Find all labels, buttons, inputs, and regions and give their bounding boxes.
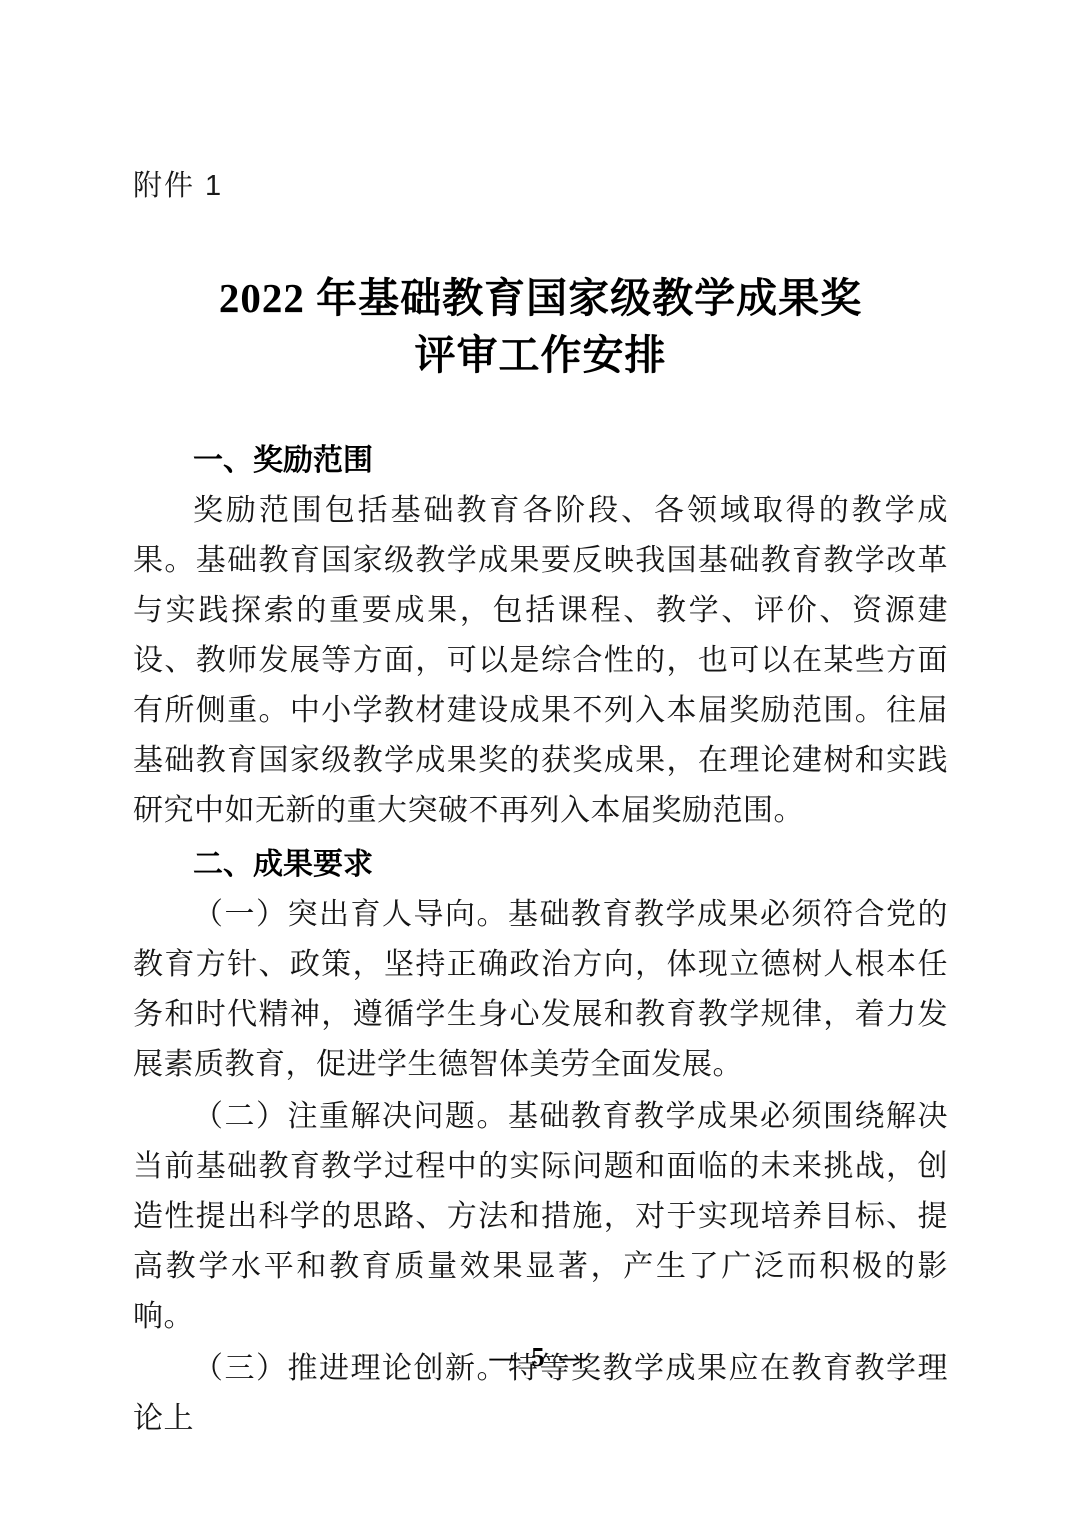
attachment-label: 附件 1 — [133, 168, 948, 204]
document-title-line2: 评审工作安排 — [133, 327, 948, 384]
section-heading-achievement-requirements: 二、成果要求 — [133, 840, 948, 890]
document-content: 附件 1 2022 年基础教育国家级教学成果奖 评审工作安排 一、奖励范围 奖励… — [0, 0, 1080, 1444]
paragraph-award-scope: 奖励范围包括基础教育各阶段、各领域取得的教学成果。基础教育国家级教学成果要反映我… — [133, 486, 948, 836]
paragraph-requirement-1: （一）突出育人导向。基础教育教学成果必须符合党的教育方针、政策，坚持正确政治方向… — [133, 890, 948, 1090]
document-title-line1: 2022 年基础教育国家级教学成果奖 — [133, 270, 948, 327]
section-heading-award-scope: 一、奖励范围 — [133, 436, 948, 486]
page-number: — 5 — — [0, 1342, 1080, 1373]
document-title: 2022 年基础教育国家级教学成果奖 评审工作安排 — [133, 270, 948, 384]
paragraph-requirement-2: （二）注重解决问题。基础教育教学成果必须围绕解决当前基础教育教学过程中的实际问题… — [133, 1092, 948, 1342]
document-page: 附件 1 2022 年基础教育国家级教学成果奖 评审工作安排 一、奖励范围 奖励… — [0, 0, 1080, 1526]
